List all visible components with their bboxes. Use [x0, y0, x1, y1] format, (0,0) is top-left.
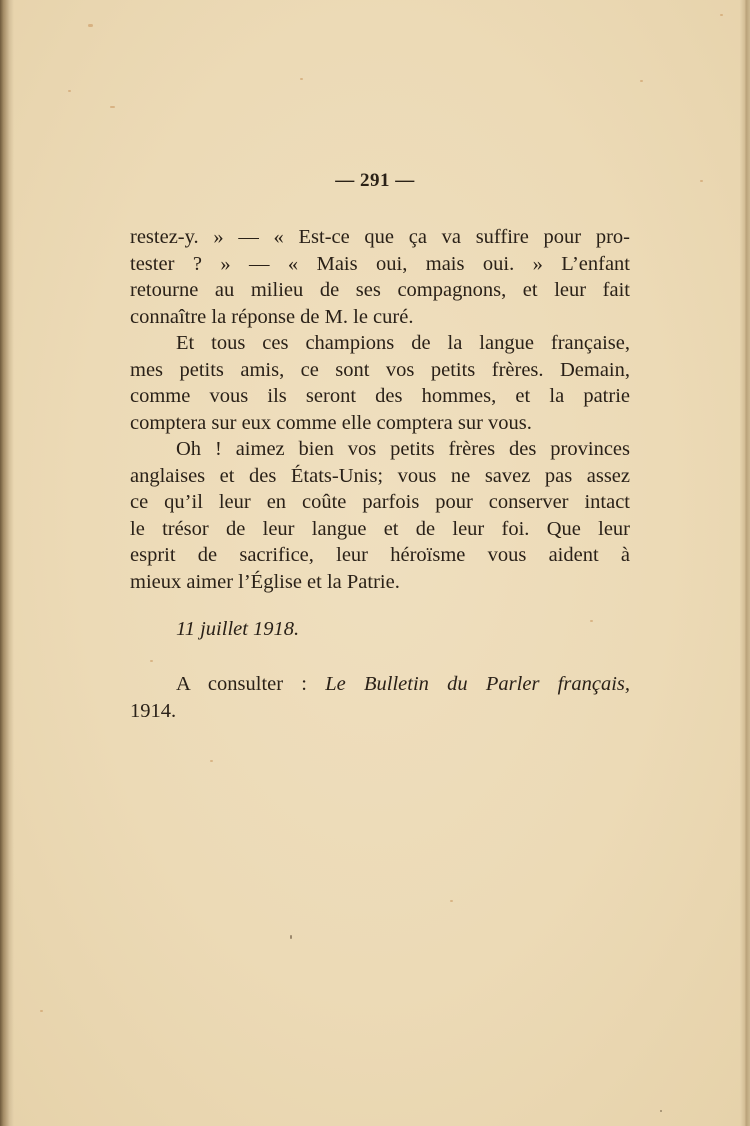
- paper-speck: [660, 1110, 662, 1112]
- book-page: — 291 — restez-y. » — « Est-ce que ça va…: [0, 0, 750, 1126]
- reference: A consulter : Le Bulletin du Parler fran…: [130, 671, 630, 725]
- text-line: le trésor de leur langue et de leur foi.…: [130, 516, 630, 543]
- text-line: retourne au milieu de ses compagnons, et…: [130, 277, 630, 304]
- text-line: Et tous ces champions de la langue franç…: [130, 330, 630, 357]
- text-line: ce qu’il leur en coûte parfois pour cons…: [130, 489, 630, 516]
- text-line: anglaises et des États-Unis; vous ne sav…: [130, 463, 630, 490]
- text-line: comptera sur eux comme elle comptera sur…: [130, 410, 630, 437]
- paper-speck: [68, 90, 71, 92]
- text-line: Oh ! aimez bien vos petits frères des pr…: [130, 436, 630, 463]
- text-line: esprit de sacrifice, leur héroïsme vous …: [130, 542, 630, 569]
- page-number: — 291 —: [0, 170, 750, 192]
- text-line: mes petits amis, ce sont vos petits frèr…: [130, 357, 630, 384]
- reference-title: Le Bulletin du Parler français,: [325, 673, 630, 695]
- dateline: 11 juillet 1918.: [176, 618, 299, 641]
- paper-speck: [640, 80, 643, 82]
- paper-speck: [290, 935, 292, 939]
- paper-speck: [300, 78, 303, 80]
- paper-speck: [450, 900, 453, 902]
- binding-shadow: [0, 0, 14, 1126]
- paper-speck: [590, 620, 593, 622]
- text-line: connaître la réponse de M. le curé.: [130, 304, 630, 331]
- page-edge: [740, 0, 750, 1126]
- reference-line: A consulter : Le Bulletin du Parler fran…: [130, 671, 630, 698]
- text-line: restez-y. » — « Est-ce que ça va suffire…: [130, 224, 630, 251]
- text-line: comme vous ils seront des hommes, et la …: [130, 383, 630, 410]
- paper-speck: [150, 660, 153, 662]
- paper-speck: [88, 24, 93, 27]
- paper-speck: [40, 1010, 43, 1012]
- reference-prefix: A consulter :: [176, 673, 307, 695]
- paper-speck: [720, 14, 723, 16]
- paper-speck: [210, 760, 213, 762]
- text-line: mieux aimer l’Église et la Patrie.: [130, 569, 630, 596]
- body-text: restez-y. » — « Est-ce que ça va suffire…: [130, 224, 630, 595]
- reference-year: 1914.: [130, 698, 630, 725]
- text-line: tester ? » — « Mais oui, mais oui. » L’e…: [130, 251, 630, 278]
- paper-speck: [110, 106, 115, 108]
